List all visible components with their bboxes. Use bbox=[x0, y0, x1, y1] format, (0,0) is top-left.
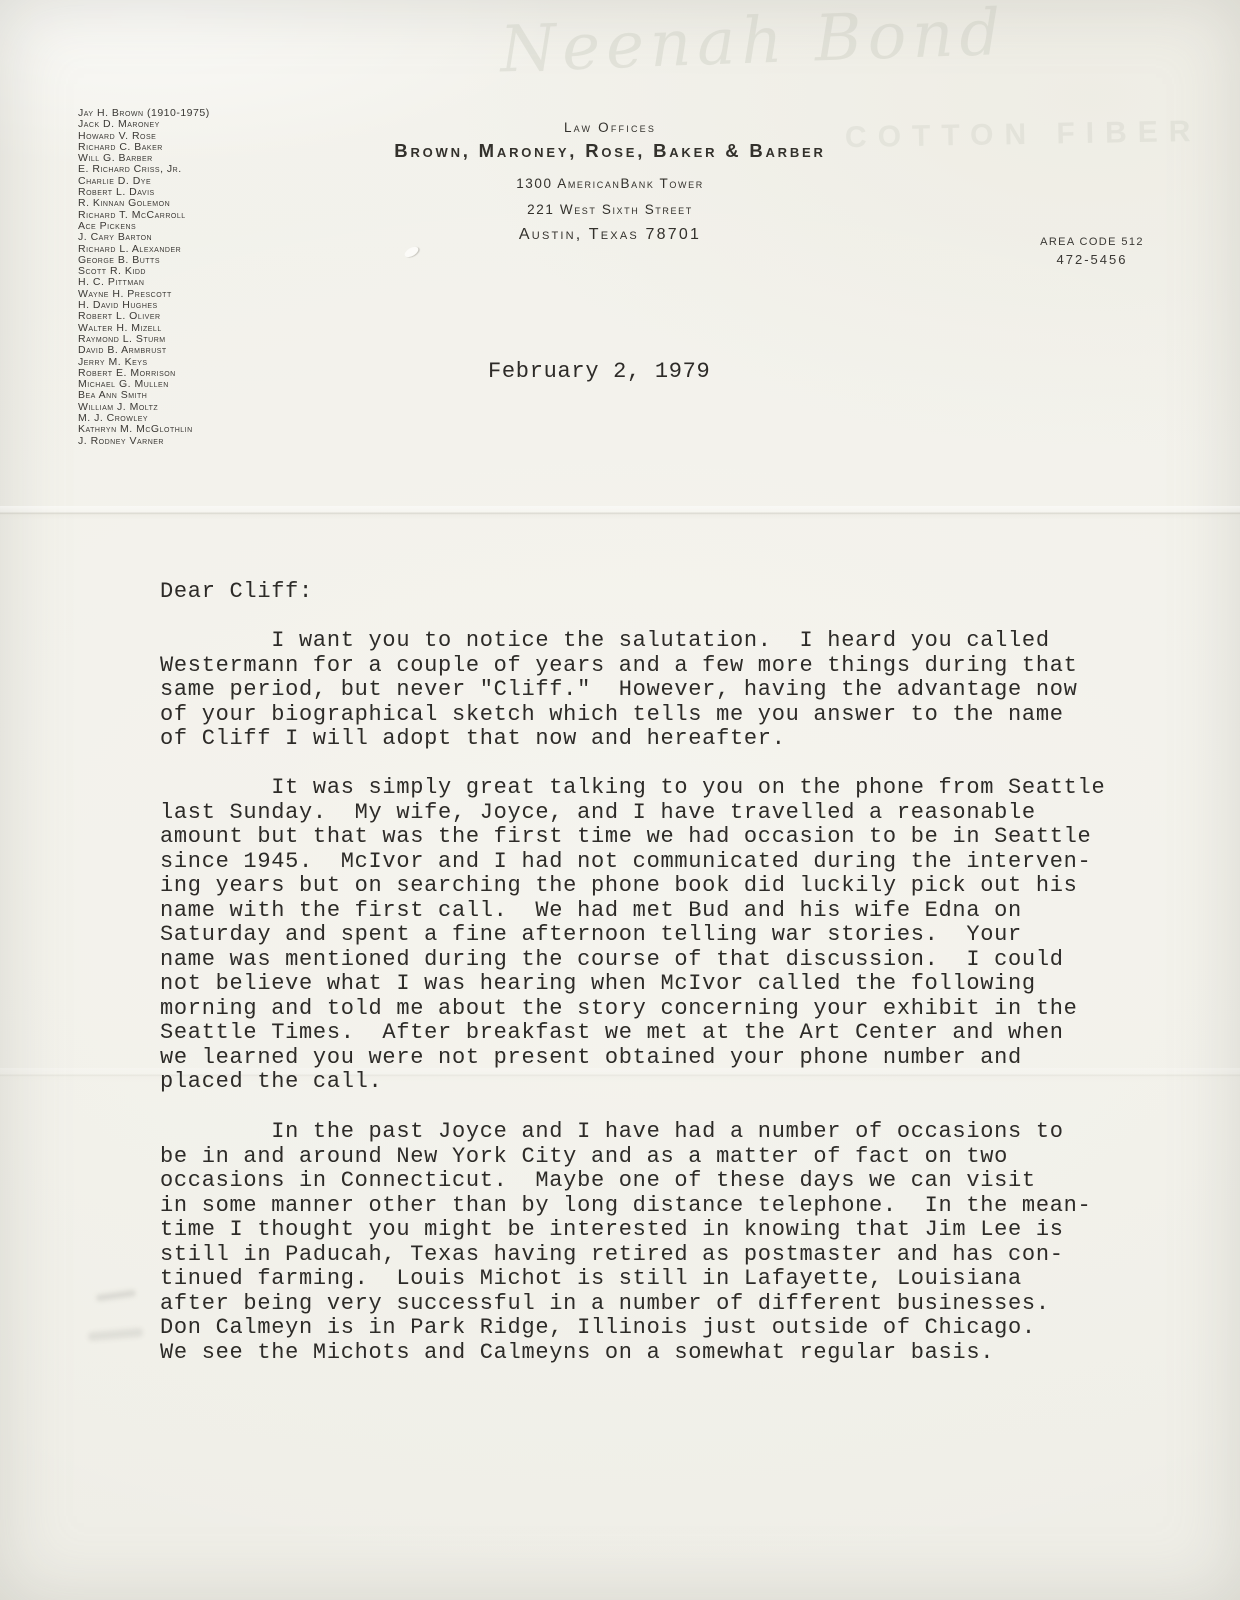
pencil-smudge bbox=[88, 1328, 144, 1342]
attorney-roster: Jay H. Brown (1910-1975) Jack D. Maroney… bbox=[78, 108, 210, 447]
fold-crease-upper bbox=[0, 506, 1240, 520]
paper-watermark-brand: Neenah Bond bbox=[499, 0, 1161, 87]
letter-paragraph: I want you to notice the salutation. I h… bbox=[160, 629, 1078, 752]
address-building: 1300 AmericanBank Tower bbox=[300, 176, 920, 191]
area-code-label: Area Code 512 bbox=[1012, 236, 1172, 248]
letter-date: February 2, 1979 bbox=[488, 360, 710, 385]
scanned-letter-page: Neenah Bond COTTON FIBER Jay H. Brown (1… bbox=[0, 0, 1240, 1600]
pencil-smudge bbox=[96, 1289, 137, 1301]
paper-fleck bbox=[403, 245, 420, 259]
firm-name: Brown, Maroney, Rose, Baker & Barber bbox=[300, 140, 920, 162]
phone-block: Area Code 512 472-5456 bbox=[1012, 236, 1172, 267]
address-street: 221 West Sixth Street bbox=[300, 202, 920, 217]
phone-number: 472-5456 bbox=[1012, 252, 1172, 267]
letter-paragraph: In the past Joyce and I have had a numbe… bbox=[160, 1120, 1091, 1365]
letter-paragraph: It was simply great talking to you on th… bbox=[160, 776, 1105, 1095]
law-offices-label: Law Offices bbox=[300, 120, 920, 135]
address-city: Austin, Texas 78701 bbox=[300, 226, 920, 244]
letter-salutation: Dear Cliff: bbox=[160, 580, 313, 605]
